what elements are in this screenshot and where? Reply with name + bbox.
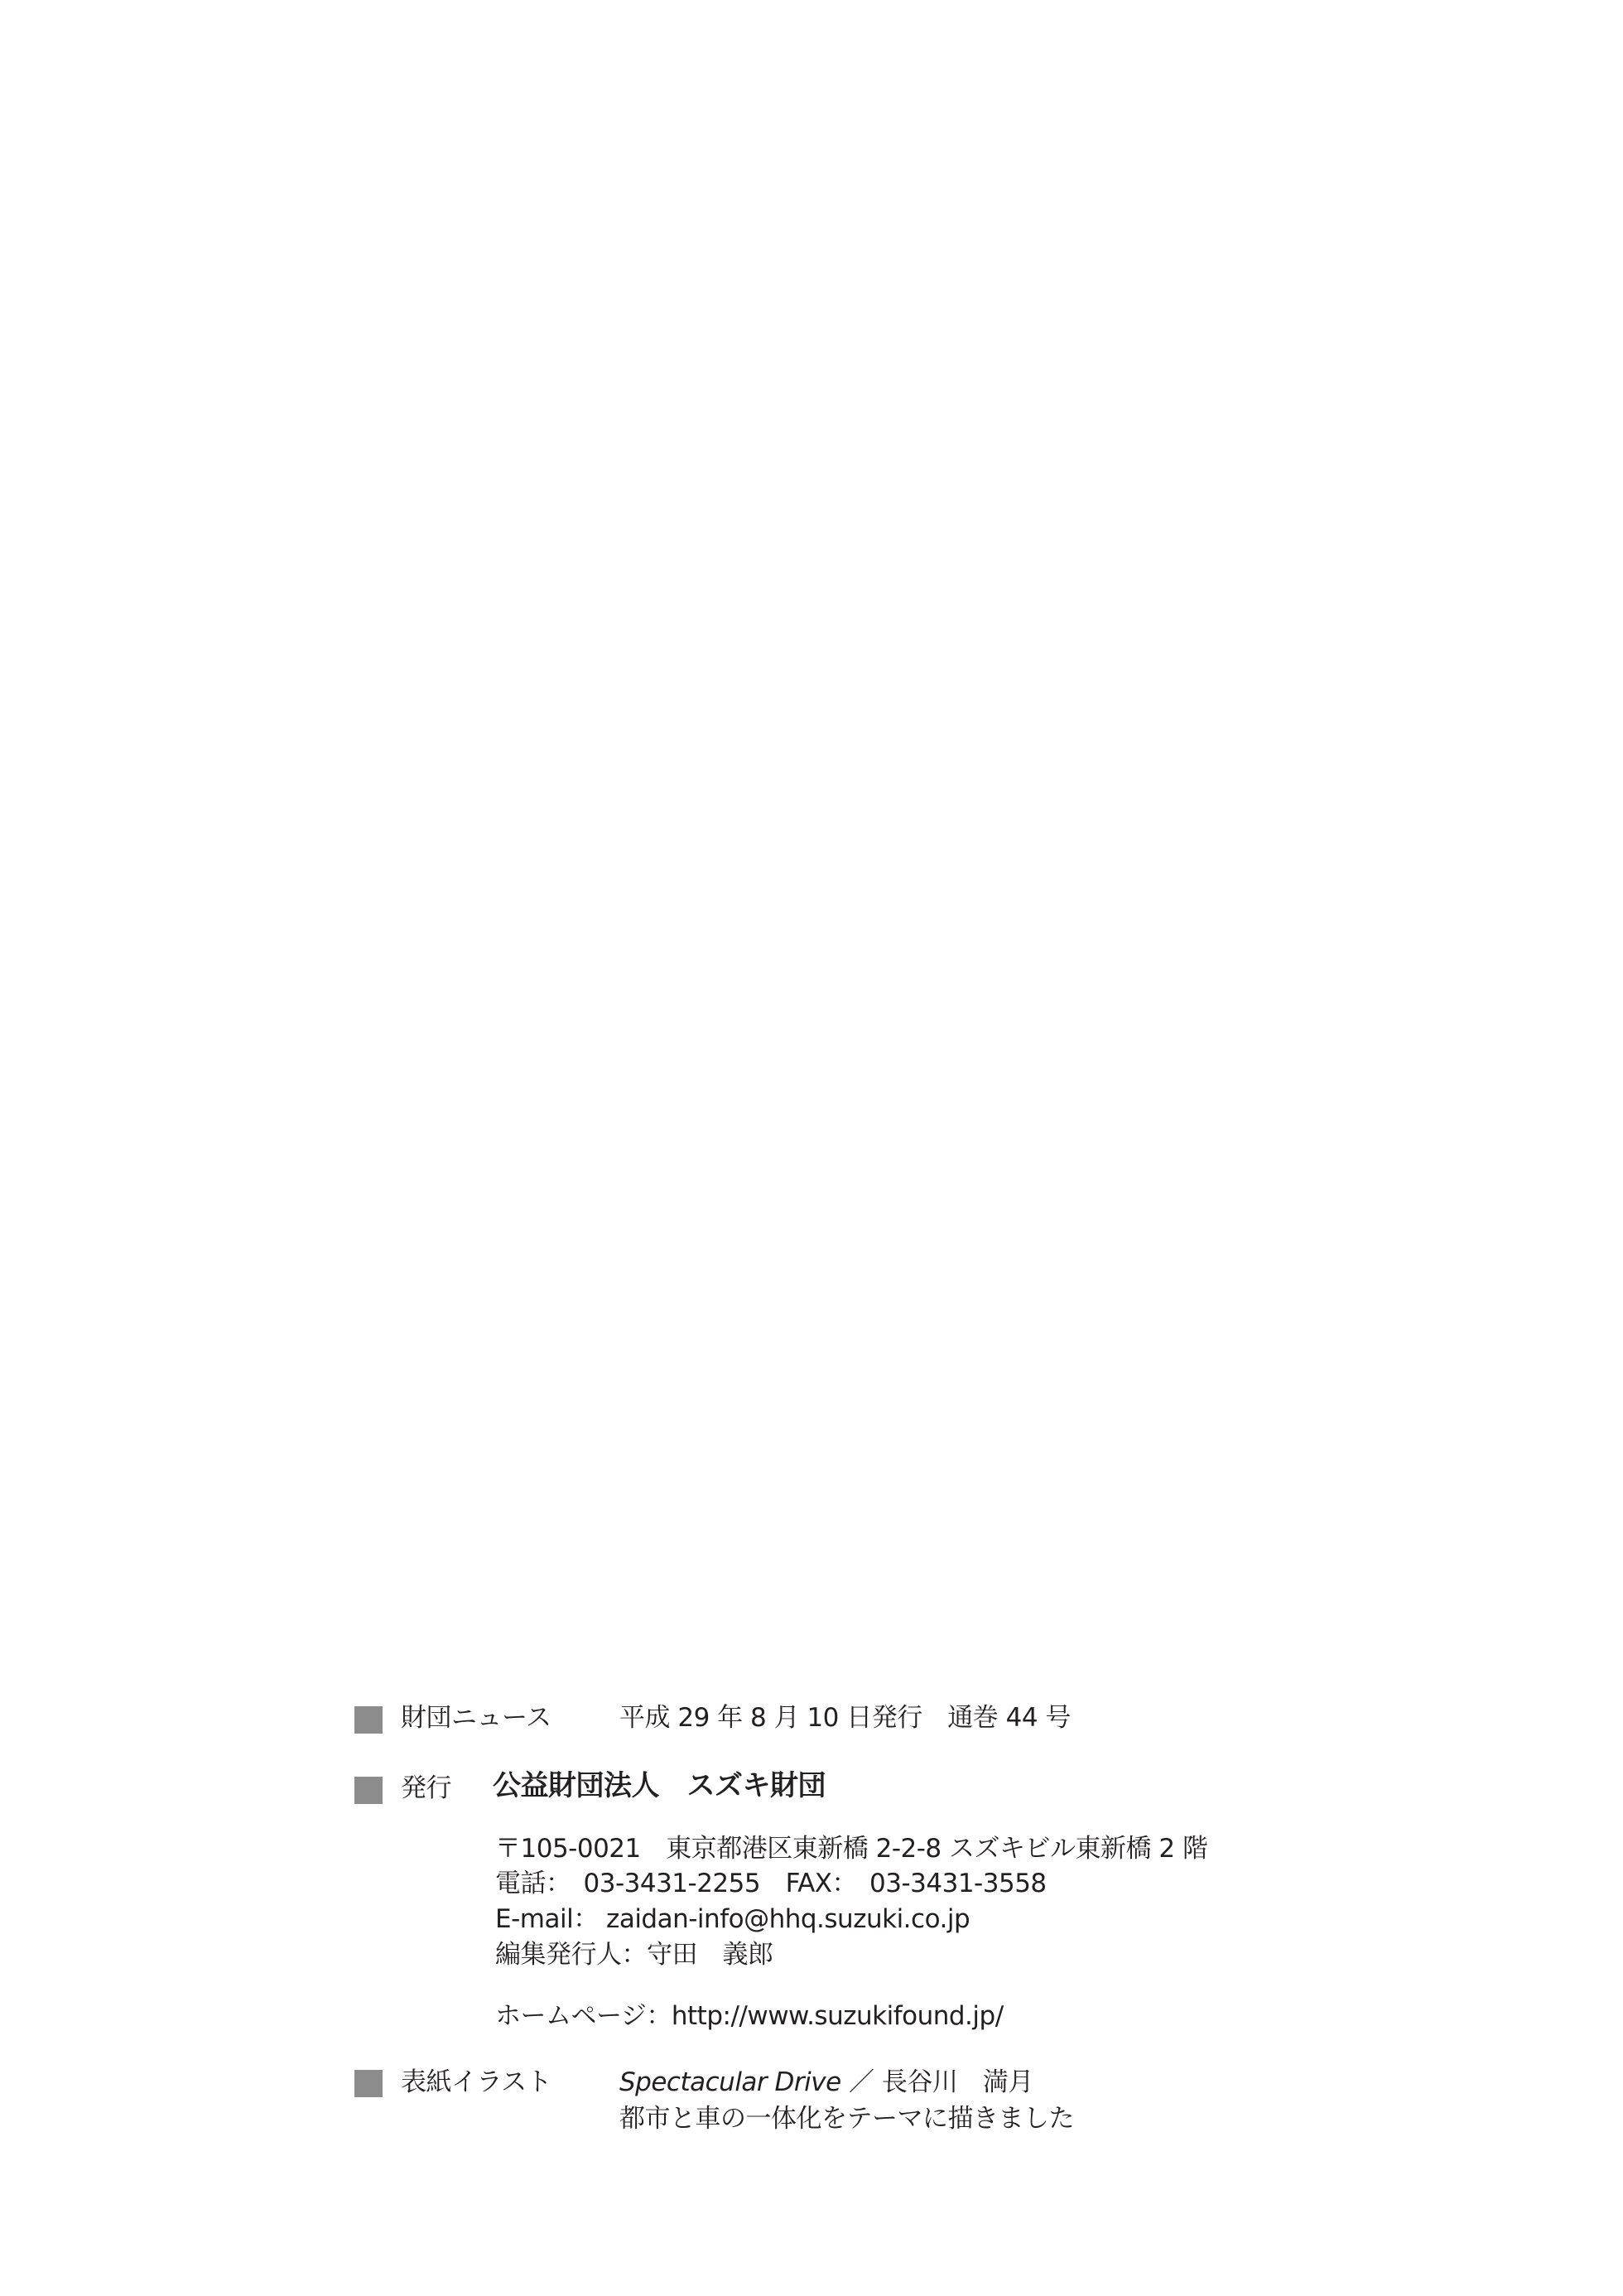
cover-label: 表紙イラスト xyxy=(401,2067,551,2097)
phone-fax: 電話： 03-3431-2255 FAX： 03-3431-3558 xyxy=(495,1869,1047,1898)
email: E-mail： zaidan-info@hhq.suzuki.co.jp xyxy=(495,1904,970,1934)
issue-info: 平成 29 年 8 月 10 日発行 通巻 44 号 xyxy=(619,1703,1071,1733)
editor: 編集発行人：守田 義郎 xyxy=(495,1940,773,1970)
bullet-square-icon xyxy=(354,1777,383,1804)
bullet-square-icon xyxy=(354,1706,383,1734)
newsletter-label: 財団ニュース xyxy=(401,1703,551,1733)
bullet-square-icon xyxy=(354,2070,383,2097)
cover-title: Spectacular Drive xyxy=(619,2067,841,2097)
cover-author: ／ 長谷川 満月 xyxy=(849,2067,1033,2097)
colophon: 財団ニュース 平成 29 年 8 月 10 日発行 通巻 44 号 発行 公益財… xyxy=(0,0,1623,2296)
publisher-name: 公益財団法人 スズキ財団 xyxy=(493,1771,826,1801)
cover-description: 都市と車の一体化をテーマに描きました xyxy=(619,2104,1074,2134)
homepage-link[interactable]: ホームページ：http://www.suzukifound.jp/ xyxy=(495,2001,1004,2031)
publisher-label: 発行 xyxy=(401,1773,451,1803)
postal-address: 〒105-0021 東京都港区東新橋 2-2-8 スズキビル東新橋 2 階 xyxy=(495,1834,1207,1864)
cover-credit: Spectacular Drive ／ 長谷川 満月 xyxy=(619,2067,1033,2097)
